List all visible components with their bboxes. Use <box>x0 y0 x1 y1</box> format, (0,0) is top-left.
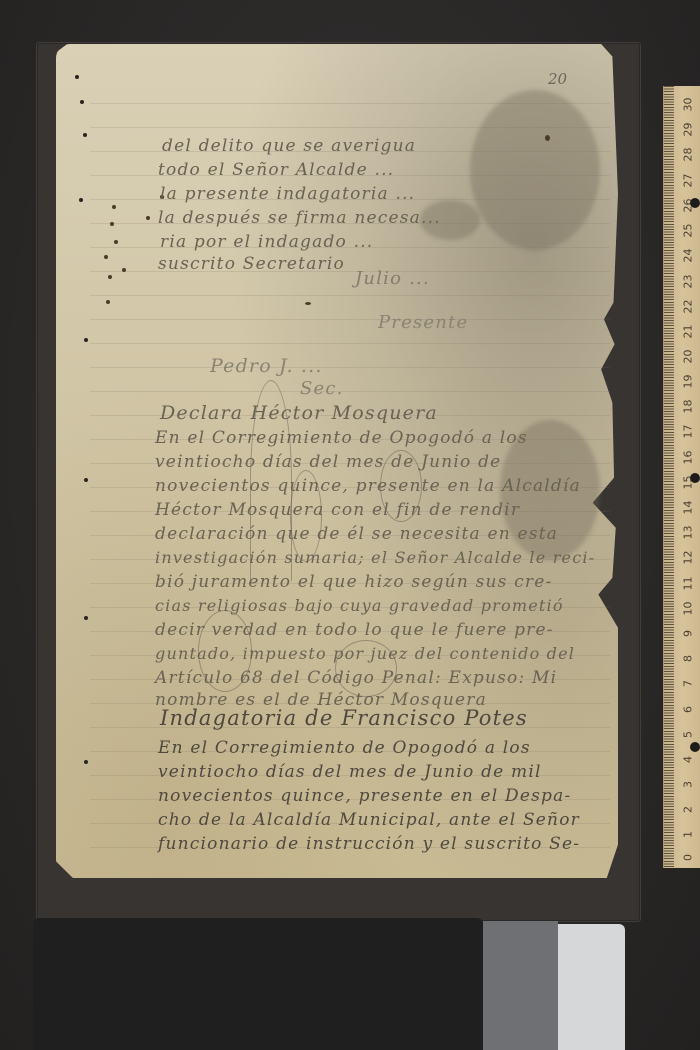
calibration-card-black <box>33 918 483 1050</box>
ruler-label: 28 <box>682 145 695 165</box>
signature-title: Sec. <box>300 378 344 399</box>
binding-hole <box>83 133 87 137</box>
signature: Pedro J. ... <box>210 355 323 377</box>
ruler-hole <box>690 473 700 483</box>
pencil-mark <box>290 470 322 562</box>
ruler-label: 18 <box>682 397 695 417</box>
binding-hole <box>80 100 84 104</box>
text-line: veintiocho días del mes de Junio de <box>155 452 501 472</box>
ruler-label: 25 <box>682 221 695 241</box>
ruler-label: 2 <box>682 800 695 820</box>
section-heading: Declara Héctor Mosquera <box>160 402 438 424</box>
ruler-label: 3 <box>682 775 695 795</box>
speckle <box>106 300 110 304</box>
binding-hole <box>75 75 79 79</box>
text-line: suscrito Secretario <box>158 254 345 274</box>
text-line: declaración que de él se necesita en est… <box>155 524 558 544</box>
ruler-hole <box>690 742 700 752</box>
text-line: la después se firma necesa... <box>158 208 441 228</box>
pencil-mark <box>250 380 292 581</box>
ruler-label: 24 <box>682 246 695 266</box>
pencil-mark <box>380 450 422 522</box>
speckle <box>545 135 550 141</box>
ruler-label: 0 <box>682 848 695 868</box>
ruler-label: 11 <box>682 574 695 594</box>
binding-hole <box>84 478 88 482</box>
pencil-mark <box>335 640 397 697</box>
ruler-label: 23 <box>682 272 695 292</box>
ruler-label: 17 <box>682 422 695 442</box>
ruler-label: 30 <box>682 95 695 115</box>
section-heading: Indagatoria de Francisco Potes <box>160 706 528 730</box>
text-line: la presente indagatoria ... <box>160 184 415 204</box>
text-line: cho de la Alcaldía Municipal, ante el Se… <box>158 810 580 830</box>
ruler-label: 8 <box>682 649 695 669</box>
ruler-label: 29 <box>682 120 695 140</box>
stain <box>470 90 600 250</box>
speckle <box>305 302 311 305</box>
calibration-card-gray <box>483 921 558 1050</box>
text-line: del delito que se averigua <box>162 136 416 156</box>
ruler-hole <box>690 198 700 208</box>
binding-hole <box>79 198 83 202</box>
speckle <box>110 222 114 226</box>
text-line: Héctor Mosquera con el fin de rendir <box>155 500 520 520</box>
text-line: En el Corregimiento de Opogodó a los <box>158 738 531 758</box>
ruler-label: 7 <box>682 674 695 694</box>
text-line: novecientos quince, presente en el Despa… <box>158 786 571 806</box>
ruler-label: 16 <box>682 448 695 468</box>
ruler-label: 9 <box>682 624 695 644</box>
text-line: investigación sumaria; el Señor Alcalde … <box>155 548 595 567</box>
binding-hole <box>84 338 88 342</box>
calibration-card-white <box>558 924 625 1050</box>
ruler-label: 27 <box>682 171 695 191</box>
ruler-label: 19 <box>682 372 695 392</box>
speckle <box>122 268 126 272</box>
text-line: novecientos quince, presente en la Alcal… <box>155 476 581 496</box>
ruler-label: 6 <box>682 700 695 720</box>
binding-hole <box>84 760 88 764</box>
ruler-label: 13 <box>682 523 695 543</box>
ruler-label: 4 <box>682 750 695 770</box>
ruler-label: 1 <box>682 825 695 845</box>
text-line: funcionario de instrucción y el suscrito… <box>158 834 580 854</box>
binding-hole <box>84 616 88 620</box>
speckle <box>114 240 118 244</box>
page-number: 20 <box>548 70 567 88</box>
ruler-label: 22 <box>682 297 695 317</box>
text-line: ria por el indagado ... <box>160 232 373 252</box>
text-line: bió juramento el que hizo según sus cre- <box>155 572 552 592</box>
ruler-label: 10 <box>682 599 695 619</box>
speckle <box>146 216 150 220</box>
signature: Julio ... <box>355 268 430 289</box>
speckle <box>108 275 112 279</box>
text-line: En el Corregimiento de Opogodó a los <box>155 428 528 448</box>
text-line: todo el Señor Alcalde ... <box>158 160 394 180</box>
text-line: veintiocho días del mes de Junio de mil <box>158 762 542 782</box>
ruler-label: 21 <box>682 322 695 342</box>
ruler-label: 14 <box>682 498 695 518</box>
ruler-label: 12 <box>682 548 695 568</box>
pencil-mark <box>198 610 252 692</box>
speckle <box>112 205 116 209</box>
ruler-label: 20 <box>682 347 695 367</box>
speckle <box>104 255 108 259</box>
ruler-ticks <box>664 86 674 868</box>
signature: Presente <box>378 312 468 333</box>
